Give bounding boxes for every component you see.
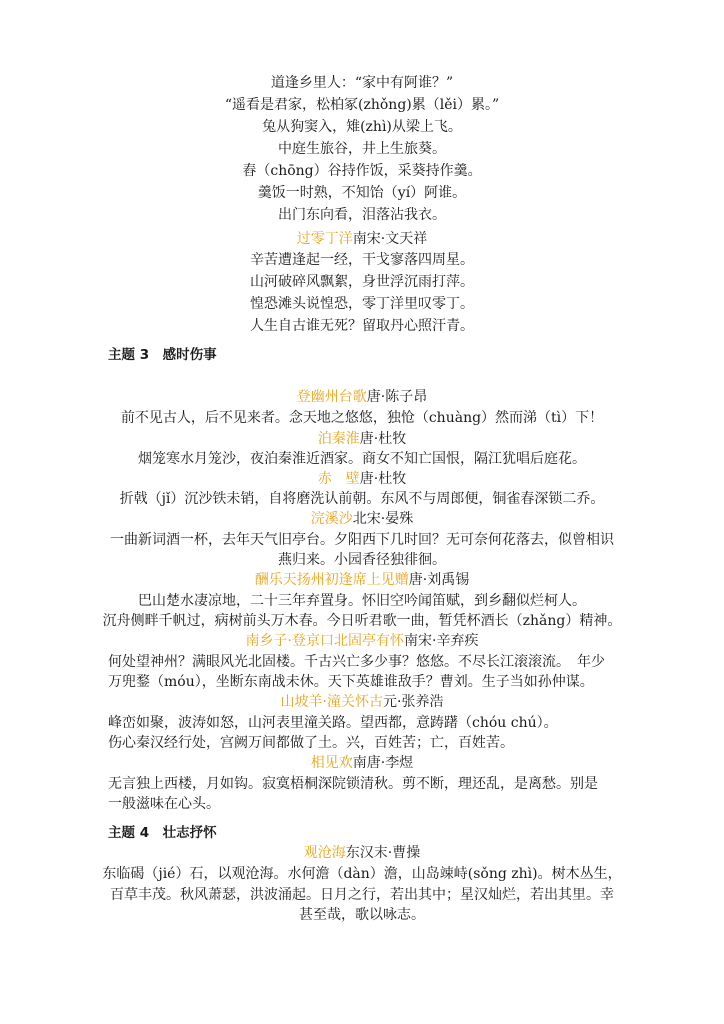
poem-line: 羹饭一时熟，不知饴（yí）阿谁。 <box>0 183 724 203</box>
poem-author: 唐·刘禹锡 <box>409 572 469 588</box>
poem-line: 伤心秦汉经行处，宫阙万间都做了土。兴，百姓苦；亡，百姓苦。 <box>108 733 628 753</box>
poem-author: 元·张养浩 <box>383 694 443 710</box>
section-heading: 主题 4 壮志抒怀 <box>108 823 628 843</box>
poem-line: 舂（chōng）谷持作饭，采葵持作羹。 <box>0 161 724 181</box>
poem-line: 兔从狗窦入，雉(zhì)从梁上飞。 <box>0 117 724 137</box>
poem-title: 登幽州台歌 <box>297 389 367 405</box>
poem-line: 道逢乡里人：“家中有阿谁？” <box>0 73 724 93</box>
poem-line: 无言独上西楼，月如钩。寂寞梧桐深院锁清秋。剪不断，理还乱，是离愁。别是 <box>108 774 628 794</box>
poem-line: 折戟（jǐ）沉沙铁未销，自将磨洗认前朝。东风不与周郎便，铜雀春深锁二乔。 <box>0 489 724 509</box>
poem-line: 峰峦如聚，波涛如怒，山河表里潼关路。望西都，意踌躇（chóu chú）。 <box>108 713 628 733</box>
poem-line: 前不见古人，后不见来者。念天地之悠悠，独怆（chuàng）然而涕（tì）下！ <box>0 408 724 428</box>
poem-title: 观沧海 <box>304 845 346 861</box>
poem-author: 唐·杜牧 <box>360 471 406 487</box>
poem-line: 惶恐滩头说惶恐，零丁洋里叹零丁。 <box>0 294 724 314</box>
poem-heading: 过零丁洋南宋·文天祥 <box>0 229 724 249</box>
poem-line: 一曲新词酒一杯，去年天气旧亭台。夕阳西下几时回？无可奈何花落去，似曾相识 <box>0 530 724 550</box>
poem-author: 南宋·文天祥 <box>353 231 427 247</box>
poem-heading: 赤 壁唐·杜牧 <box>0 469 724 489</box>
poem-line: 一般滋味在心头。 <box>108 794 628 814</box>
poem-line: 辛苦遭逢起一经，干戈寥落四周星。 <box>0 250 724 270</box>
poem-line: “遥看是君家，松柏冢(zhǒng)累（lěi）累。” <box>0 95 724 115</box>
poem-title: 相见欢 <box>311 755 353 771</box>
poem-heading: 酬乐天扬州初逢席上见赠唐·刘禹锡 <box>0 570 724 590</box>
poem-heading: 南乡子·登京口北固亭有怀南宋·辛弃疾 <box>0 631 724 651</box>
poem-author: 唐·杜牧 <box>360 431 406 447</box>
poem-line: 万兜鍪（móu），坐断东南战未休。天下英雄谁敌手？曹刘。生子当如孙仲谋。 <box>108 672 628 692</box>
poem-line: 百草丰茂。秋风萧瑟，洪波涌起。日月之行，若出其中；星汉灿烂，若出其里。幸 <box>0 885 724 905</box>
poem-line: 中庭生旅谷，井上生旅葵。 <box>0 139 724 159</box>
poem-heading: 浣溪沙北宋·晏殊 <box>0 509 724 529</box>
poem-line: 山河破碎风飘絮，身世浮沉雨打萍。 <box>0 272 724 292</box>
poem-author: 南唐·李煜 <box>353 755 413 771</box>
poem-line: 甚至哉，歌以咏志。 <box>0 905 724 925</box>
poem-line: 东临碣（jié）石，以观沧海。水何澹（dàn）澹，山岛竦峙(sǒng zhì)。… <box>0 864 724 884</box>
poem-author: 唐·陈子昂 <box>367 389 427 405</box>
poem-title: 山坡羊·潼关怀古 <box>281 694 383 710</box>
poem-title: 赤 壁 <box>318 471 360 487</box>
poem-title: 南乡子·登京口北固亭有怀 <box>246 633 404 649</box>
poem-heading: 观沧海东汉末·曹操 <box>0 843 724 863</box>
poem-title: 过零丁洋 <box>297 231 353 247</box>
poem-title: 泊秦淮 <box>318 431 360 447</box>
poem-line: 何处望神州？满眼风光北固楼。千古兴亡多少事？悠悠。不尽长江滚滚流。 年少 <box>108 652 628 672</box>
poem-line: 燕归来。小园香径独徘徊。 <box>0 550 724 570</box>
poem-author: 南宋·辛弃疾 <box>404 633 478 649</box>
poem-heading: 山坡羊·潼关怀古元·张养浩 <box>0 692 724 712</box>
poem-line: 人生自古谁无死？留取丹心照汗青。 <box>0 316 724 336</box>
poem-author: 东汉末·曹操 <box>346 845 420 861</box>
poem-heading: 相见欢南唐·李煜 <box>0 753 724 773</box>
section-heading: 主题 3 感时伤事 <box>108 345 628 365</box>
poem-line: 出门东向看，泪落沾我衣。 <box>0 205 724 225</box>
poem-author: 北宋·晏殊 <box>353 511 413 527</box>
poem-line: 沉舟侧畔千帆过，病树前头万木春。今日听君歌一曲，暂凭杯酒长（zhǎng）精神。 <box>0 611 724 631</box>
poem-title: 浣溪沙 <box>311 511 353 527</box>
poem-heading: 登幽州台歌唐·陈子昂 <box>0 387 724 407</box>
poem-line: 巴山楚水凄凉地，二十三年弃置身。怀旧空吟闻笛赋，到乡翻似烂柯人。 <box>0 591 724 611</box>
poem-heading: 泊秦淮唐·杜牧 <box>0 429 724 449</box>
poem-line: 烟笼寒水月笼沙，夜泊秦淮近酒家。商女不知亡国恨，隔江犹唱后庭花。 <box>0 449 724 469</box>
poem-title: 酬乐天扬州初逢席上见赠 <box>255 572 409 588</box>
